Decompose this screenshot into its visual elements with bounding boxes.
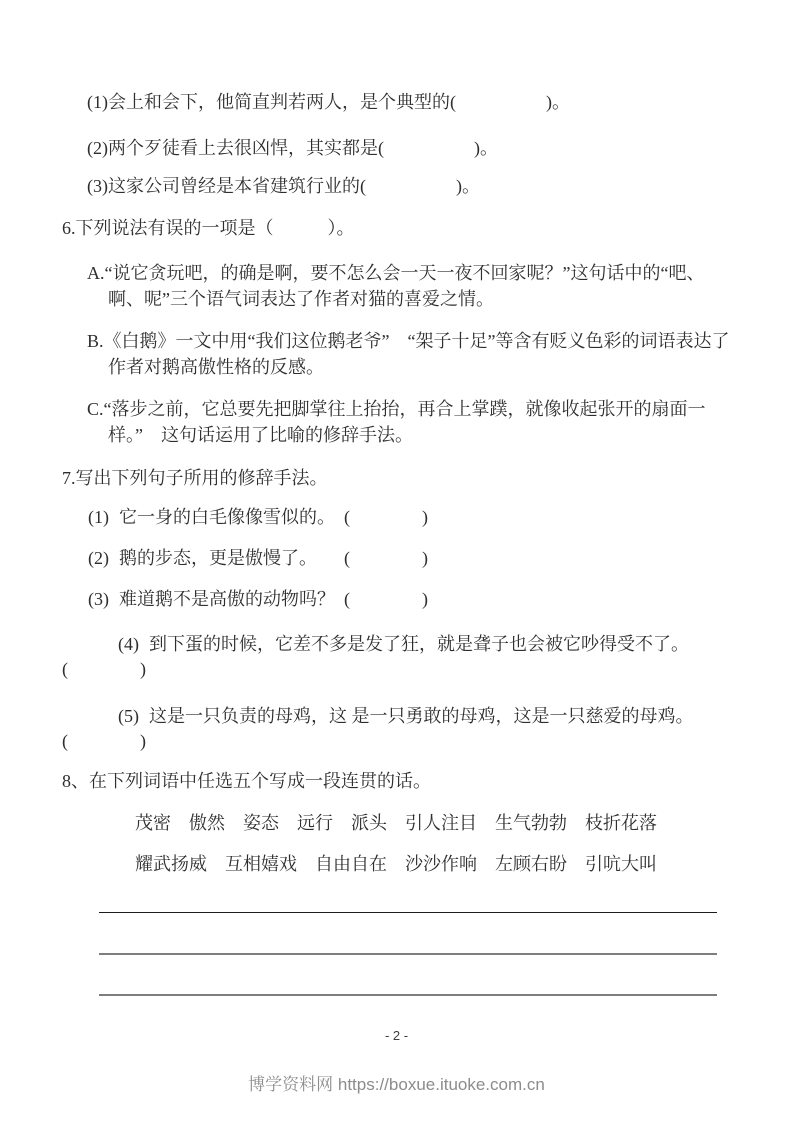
question-7-item-sentence: 到下蛋的时候，它差不多是发了狂，就是聋子也会被它吵得受不了。 [149,634,689,654]
worksheet-page: (1)会上和会下，他简直判若两人，是个典型的( )。 (2)两个歹徒看上去很凶悍… [0,0,793,1122]
question-7-item-3: (3)难道鹅不是高傲的动物吗？( ) [88,589,428,609]
question-7-item-number: (5) [90,703,139,729]
answer-writing-line [99,912,717,913]
question-5-item-3: (3)这家公司曾经是本省建筑行业的( )。 [87,176,480,196]
question-7-item-number: (3) [88,589,109,609]
question-7-answer-blank: ( ) [344,507,428,527]
question-7-stem: 7.写出下列句子所用的修辞手法。 [62,468,328,488]
watermark-text: 博学资料网 https://boxue.ituoke.com.cn [0,1075,793,1095]
question-8-word-row-2: 耀武扬威 互相嬉戏 自由自在 沙沙作响 左顾右盼 引吭大叫 [135,854,657,874]
question-5-item-1: (1)会上和会下，他简直判若两人，是个典型的( )。 [87,92,570,112]
question-7-item-sentence: 鹅的步态，更是傲慢了。 [119,548,344,568]
question-6-option-a: A.“说它贪玩吧，的确是啊，要不怎么会一天一夜不回家呢？”这句话中的“吧、啊、呢… [87,260,737,312]
page-number: - 2 - [0,1026,793,1046]
question-7-answer-blank: ( ) [62,731,146,751]
answer-writing-line [99,994,717,996]
question-7-item-sentence: 这是一只负责的母鸡，这 是一只勇敢的母鸡，这是一只慈爱的母鸡。 [149,706,694,726]
question-7-item-1: (1)它一身的白毛像像雪似的。( ) [88,507,428,527]
question-7-answer-blank: ( ) [62,659,146,679]
answer-writing-line [99,953,717,955]
question-7-item-sentence: 它一身的白毛像像雪似的。 [119,507,344,527]
question-8-stem: 8、在下列词语中任选五个写成一段连贯的话。 [62,771,431,791]
question-7-item-2: (2)鹅的步态，更是傲慢了。( ) [88,548,428,568]
question-7-answer-blank: ( ) [344,589,428,609]
question-5-item-2: (2)两个歹徒看上去很凶悍，其实都是( )。 [87,138,498,158]
question-8-word-row-1: 茂密 傲然 姿态 远行 派头 引人注目 生气勃勃 枝折花落 [135,813,657,833]
question-7-item-number: (4) [90,631,139,657]
question-6-stem: 6.下列说法有误的一项是（ ）。 [62,218,355,238]
question-7-answer-blank: ( ) [344,548,428,568]
question-6-option-b: B.《白鹅》一文中用“我们这位鹅老爷” “架子十足”等含有贬义色彩的词语表达了作… [87,328,737,380]
question-6-option-c: C.“落步之前，它总要先把脚掌往上抬抬，再合上掌蹼，就像收起张开的扇面一样。” … [87,396,737,448]
question-7-item-5: (5)这是一只负责的母鸡，这 是一只勇敢的母鸡，这是一只慈爱的母鸡。 [62,703,732,729]
question-7-item-number: (1) [88,507,109,527]
question-7-item-sentence: 难道鹅不是高傲的动物吗？ [119,589,344,609]
question-7-item-number: (2) [88,548,109,568]
question-7-item-4: (4)到下蛋的时候，它差不多是发了狂，就是聋子也会被它吵得受不了。 [62,631,732,657]
